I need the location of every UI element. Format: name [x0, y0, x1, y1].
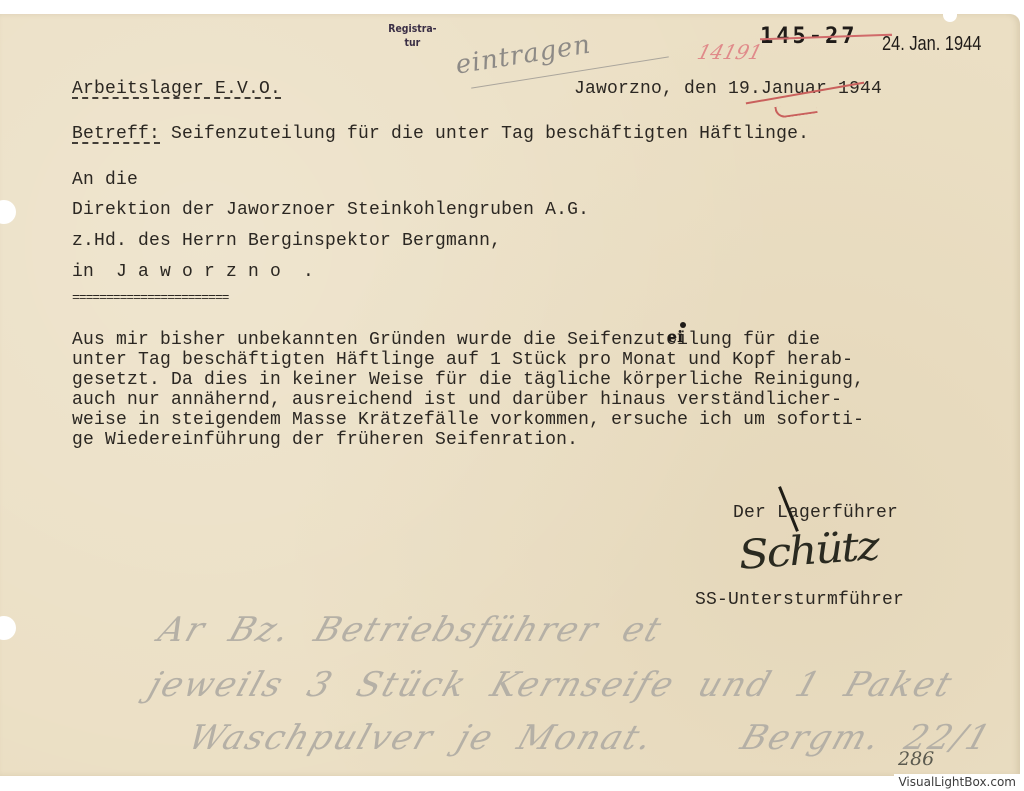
recipient-line-4: in J a w o r z n o . — [72, 262, 314, 282]
pencil-note-line-1: Ar Bz. Betriebsführer et — [154, 610, 668, 650]
red-pencil-number: 14191 — [695, 40, 765, 64]
pencil-note-line-3: Waschpulver je Monat. Bergm. 22/1 — [184, 718, 997, 758]
pencil-note-line-2: jeweils 3 Stück Kernseife und 1 Paket — [144, 665, 959, 705]
page-number: 286 — [898, 748, 934, 770]
handwritten-signature: Schütz — [737, 523, 879, 579]
recipient-line-1: An die — [72, 170, 138, 190]
body-line-6: ge Wiedereinführung der früheren Seifenr… — [72, 430, 578, 450]
registratur-stamp: Registra- tur — [388, 22, 436, 50]
recipient-line-3: z.Hd. des Herrn Berginspektor Bergmann, — [72, 231, 501, 251]
sender-line: Arbeitslager E.V.O. — [72, 79, 281, 99]
closing-rank: SS-Untersturmführer — [695, 590, 904, 610]
body-line-4: auch nur annähernd, ausreichend ist und … — [72, 390, 842, 410]
subject-line: Betreff: Seifenzuteilung für die unter T… — [72, 124, 809, 144]
receipt-date-stamp: 24. Jan. 1944 — [882, 33, 981, 56]
registratur-line-1: Registra- — [388, 22, 436, 36]
watermark-link[interactable]: VisualLightBox.com — [894, 774, 1020, 790]
body-line-1: Aus mir bisher unbekannten Gründen wurde… — [72, 330, 820, 350]
place-date: Jaworzno, den 19.Januar 1944 — [574, 79, 882, 99]
closing-title: Der Lagerführer — [733, 503, 898, 523]
registratur-line-2: tur — [388, 36, 436, 50]
recipient-line-2: Direktion der Jaworznoer Steinkohlengrub… — [72, 200, 589, 220]
recipient-double-underline: ======================= — [72, 290, 228, 305]
ink-correction: ei — [667, 327, 683, 346]
subject-text: Seifenzuteilung für die unter Tag beschä… — [160, 124, 809, 144]
subject-label: Betreff: — [72, 124, 160, 144]
body-line-5: weise in steigendem Masse Krätzefälle vo… — [72, 410, 864, 430]
body-line-3: gesetzt. Da dies in keiner Weise für die… — [72, 370, 864, 390]
body-line-2: unter Tag beschäftigten Häftlinge auf 1 … — [72, 350, 853, 370]
